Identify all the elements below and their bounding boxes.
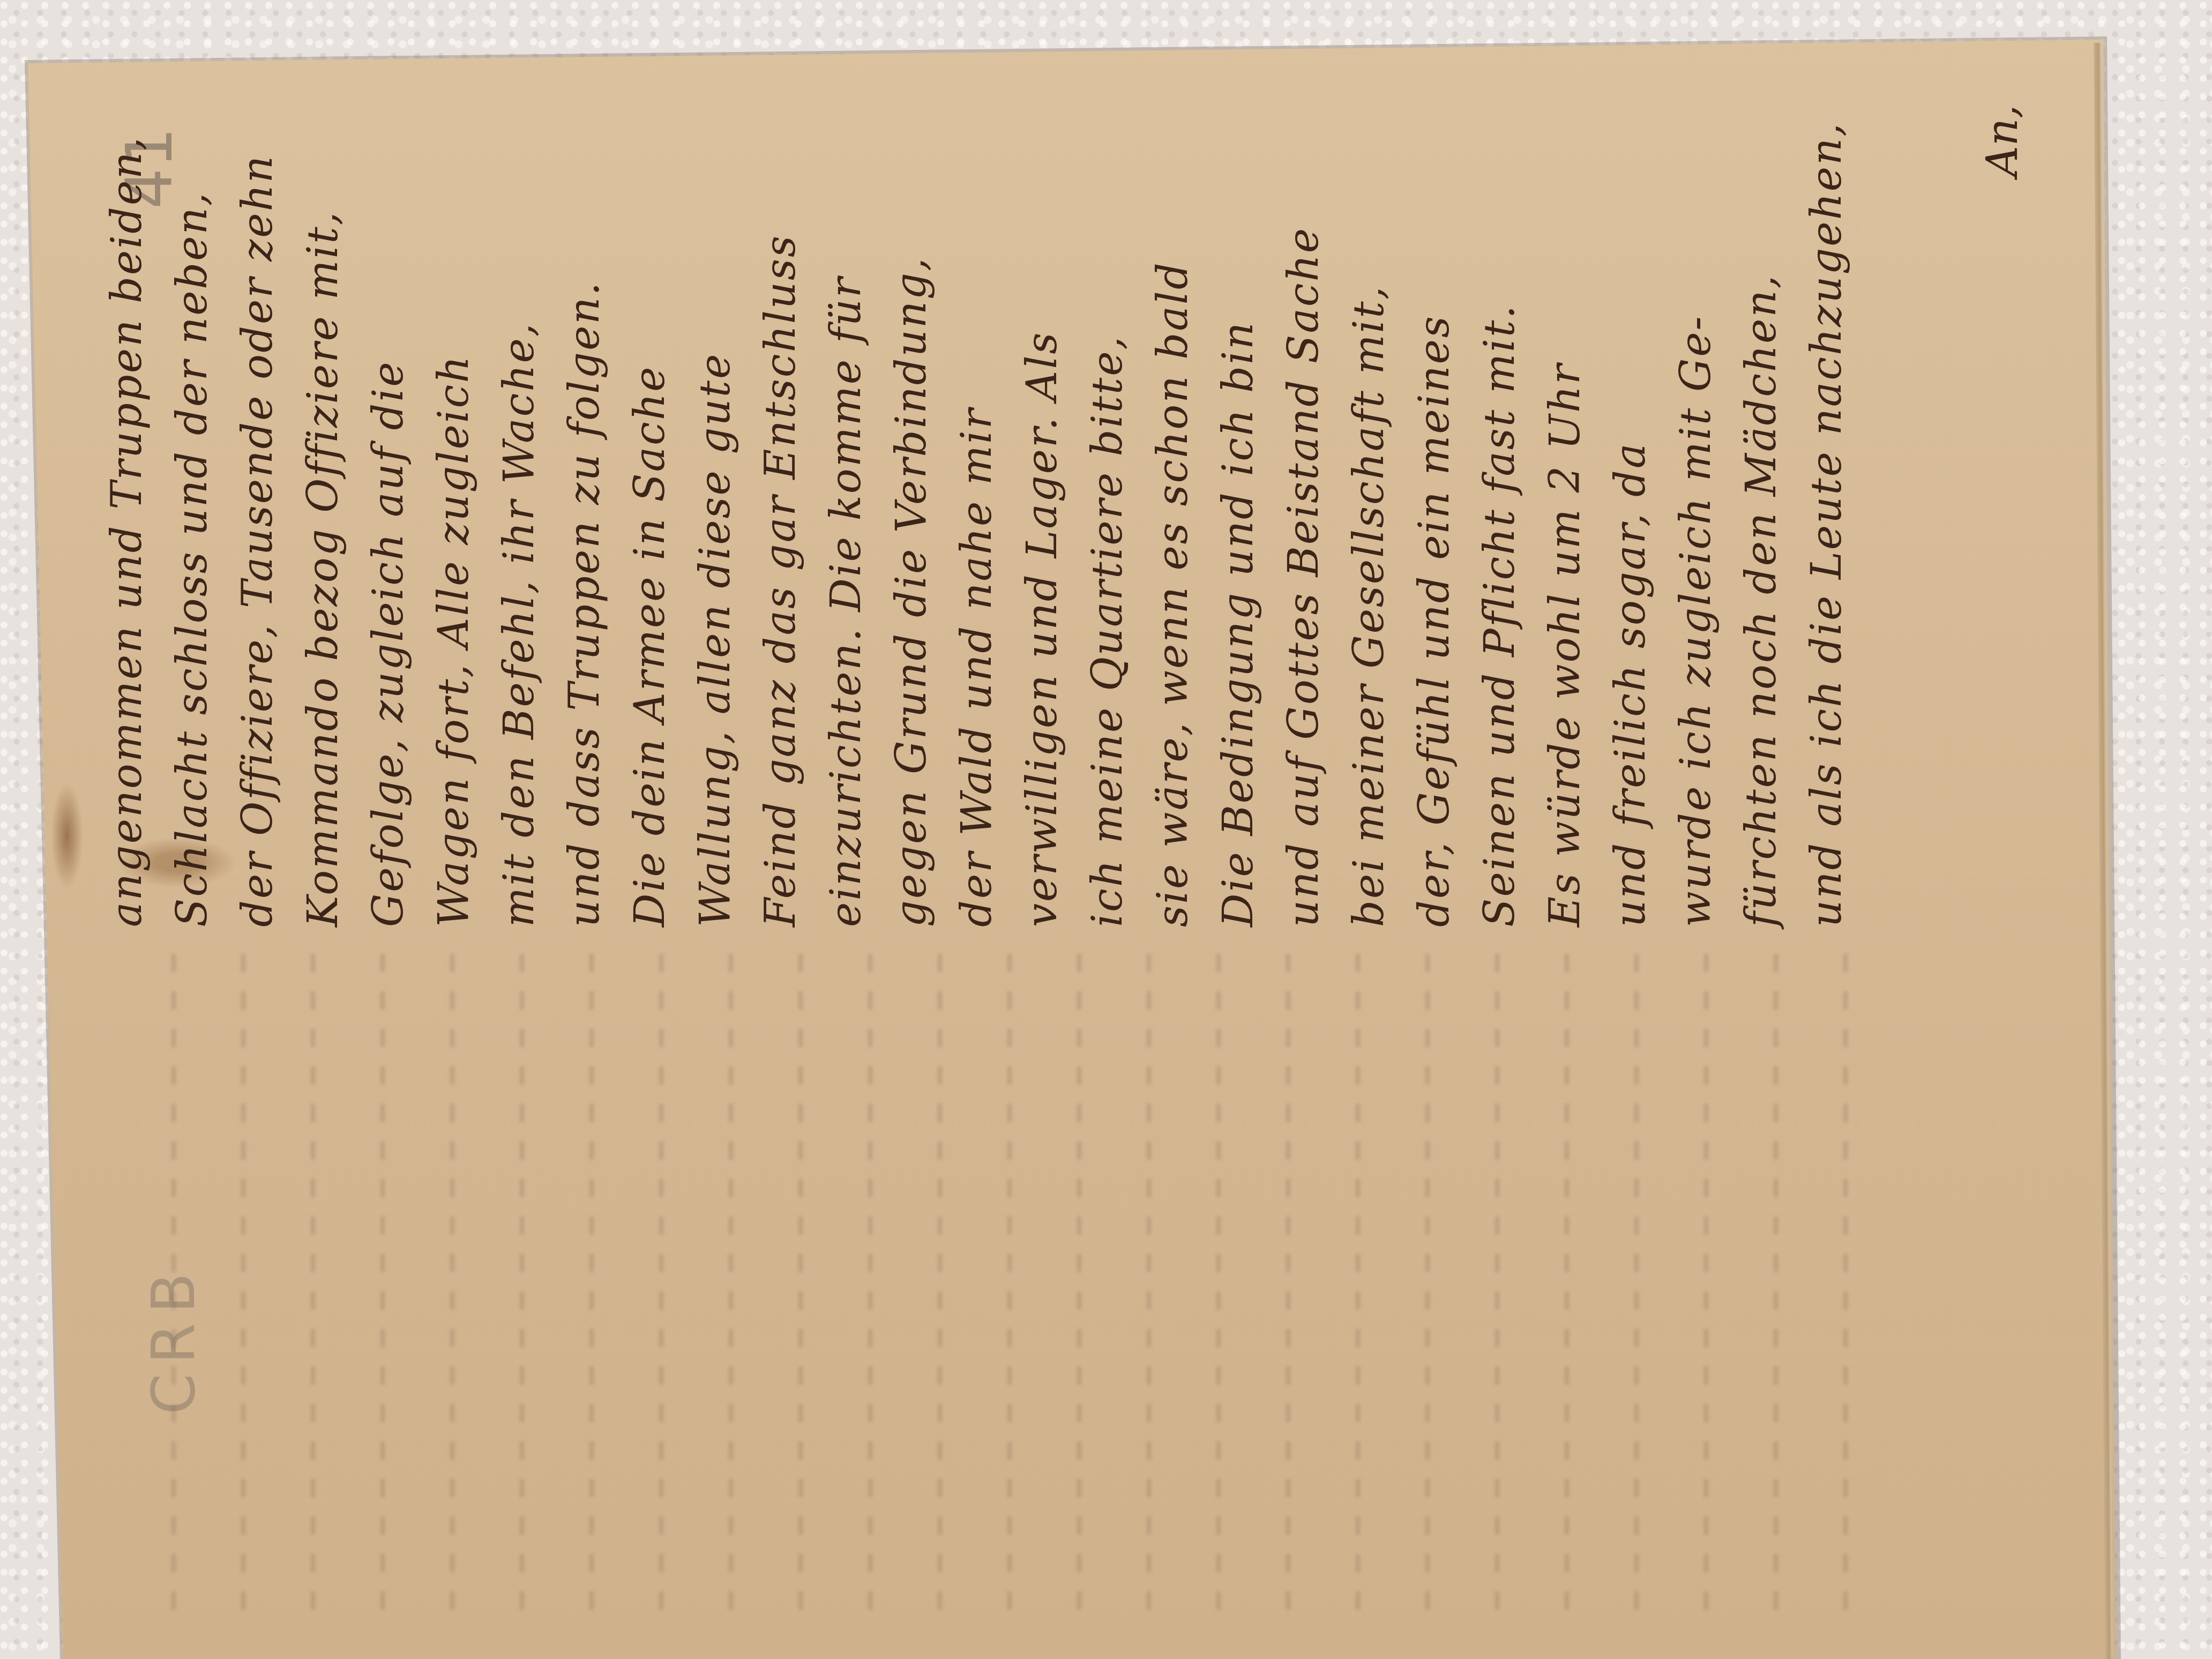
text-line: und dass Truppen zu folgen. [561,281,624,927]
text-line: Die dein Armee in Sache [626,365,689,927]
text-line: und freilich sogar, da [1606,442,1670,927]
text-line: und als ich die Leute nachzugehen, [1803,122,1866,927]
text-line: Gefolge, zugleich auf die [364,361,428,927]
text-line: gegen Grund die Verbindung, [887,256,951,927]
bleed-through-text [155,954,1934,1650]
text-line: sie wäre, wenn es schon bald [1149,261,1212,927]
text-line: Wagen fort, Alle zugleich [430,355,493,927]
text-line: der Wald und nahe mir [953,407,1016,927]
text-line: Wallung, allen diese gute [691,353,754,927]
age-stain [51,782,83,890]
text-line: mit den Befehl, ihr Wache, [495,322,558,927]
text-line: ich meine Quartiere bitte, [1083,335,1147,927]
text-line: Kommando bezog Offiziere mit, [299,211,362,927]
text-line: und auf Gottes Beistand Sache [1280,227,1343,927]
text-line: verwilligen und Lager. Als [1018,331,1081,927]
text-line: einzurichten. Die komme für [822,276,885,927]
text-line: Es würde wohl um 2 Uhr [1541,363,1604,927]
text-line: der Offiziere, Tausende oder zehn [234,154,297,927]
text-line: fürchten noch den Mädchen, [1737,274,1800,927]
text-line: Seinen und Pflicht fast mit. [1476,304,1539,927]
text-line: Die Bedingung und ich bin [1214,321,1277,927]
text-line: angenommen und Truppen beiden, [103,136,166,927]
text-line: bei meiner Gesellschaft mit, [1345,285,1408,927]
text-line: wurde ich zugleich mit Ge- [1672,315,1735,927]
text-line: Feind ganz das gar Entschluss [757,234,820,927]
closing-mark: An, [1977,104,2027,177]
handwritten-text-block: angenommen und Truppen beiden, Schlacht … [145,80,1924,927]
text-line: Schlacht schloss und der neben, [168,191,231,927]
text-line: der, Gefühl und ein meines [1410,315,1474,927]
